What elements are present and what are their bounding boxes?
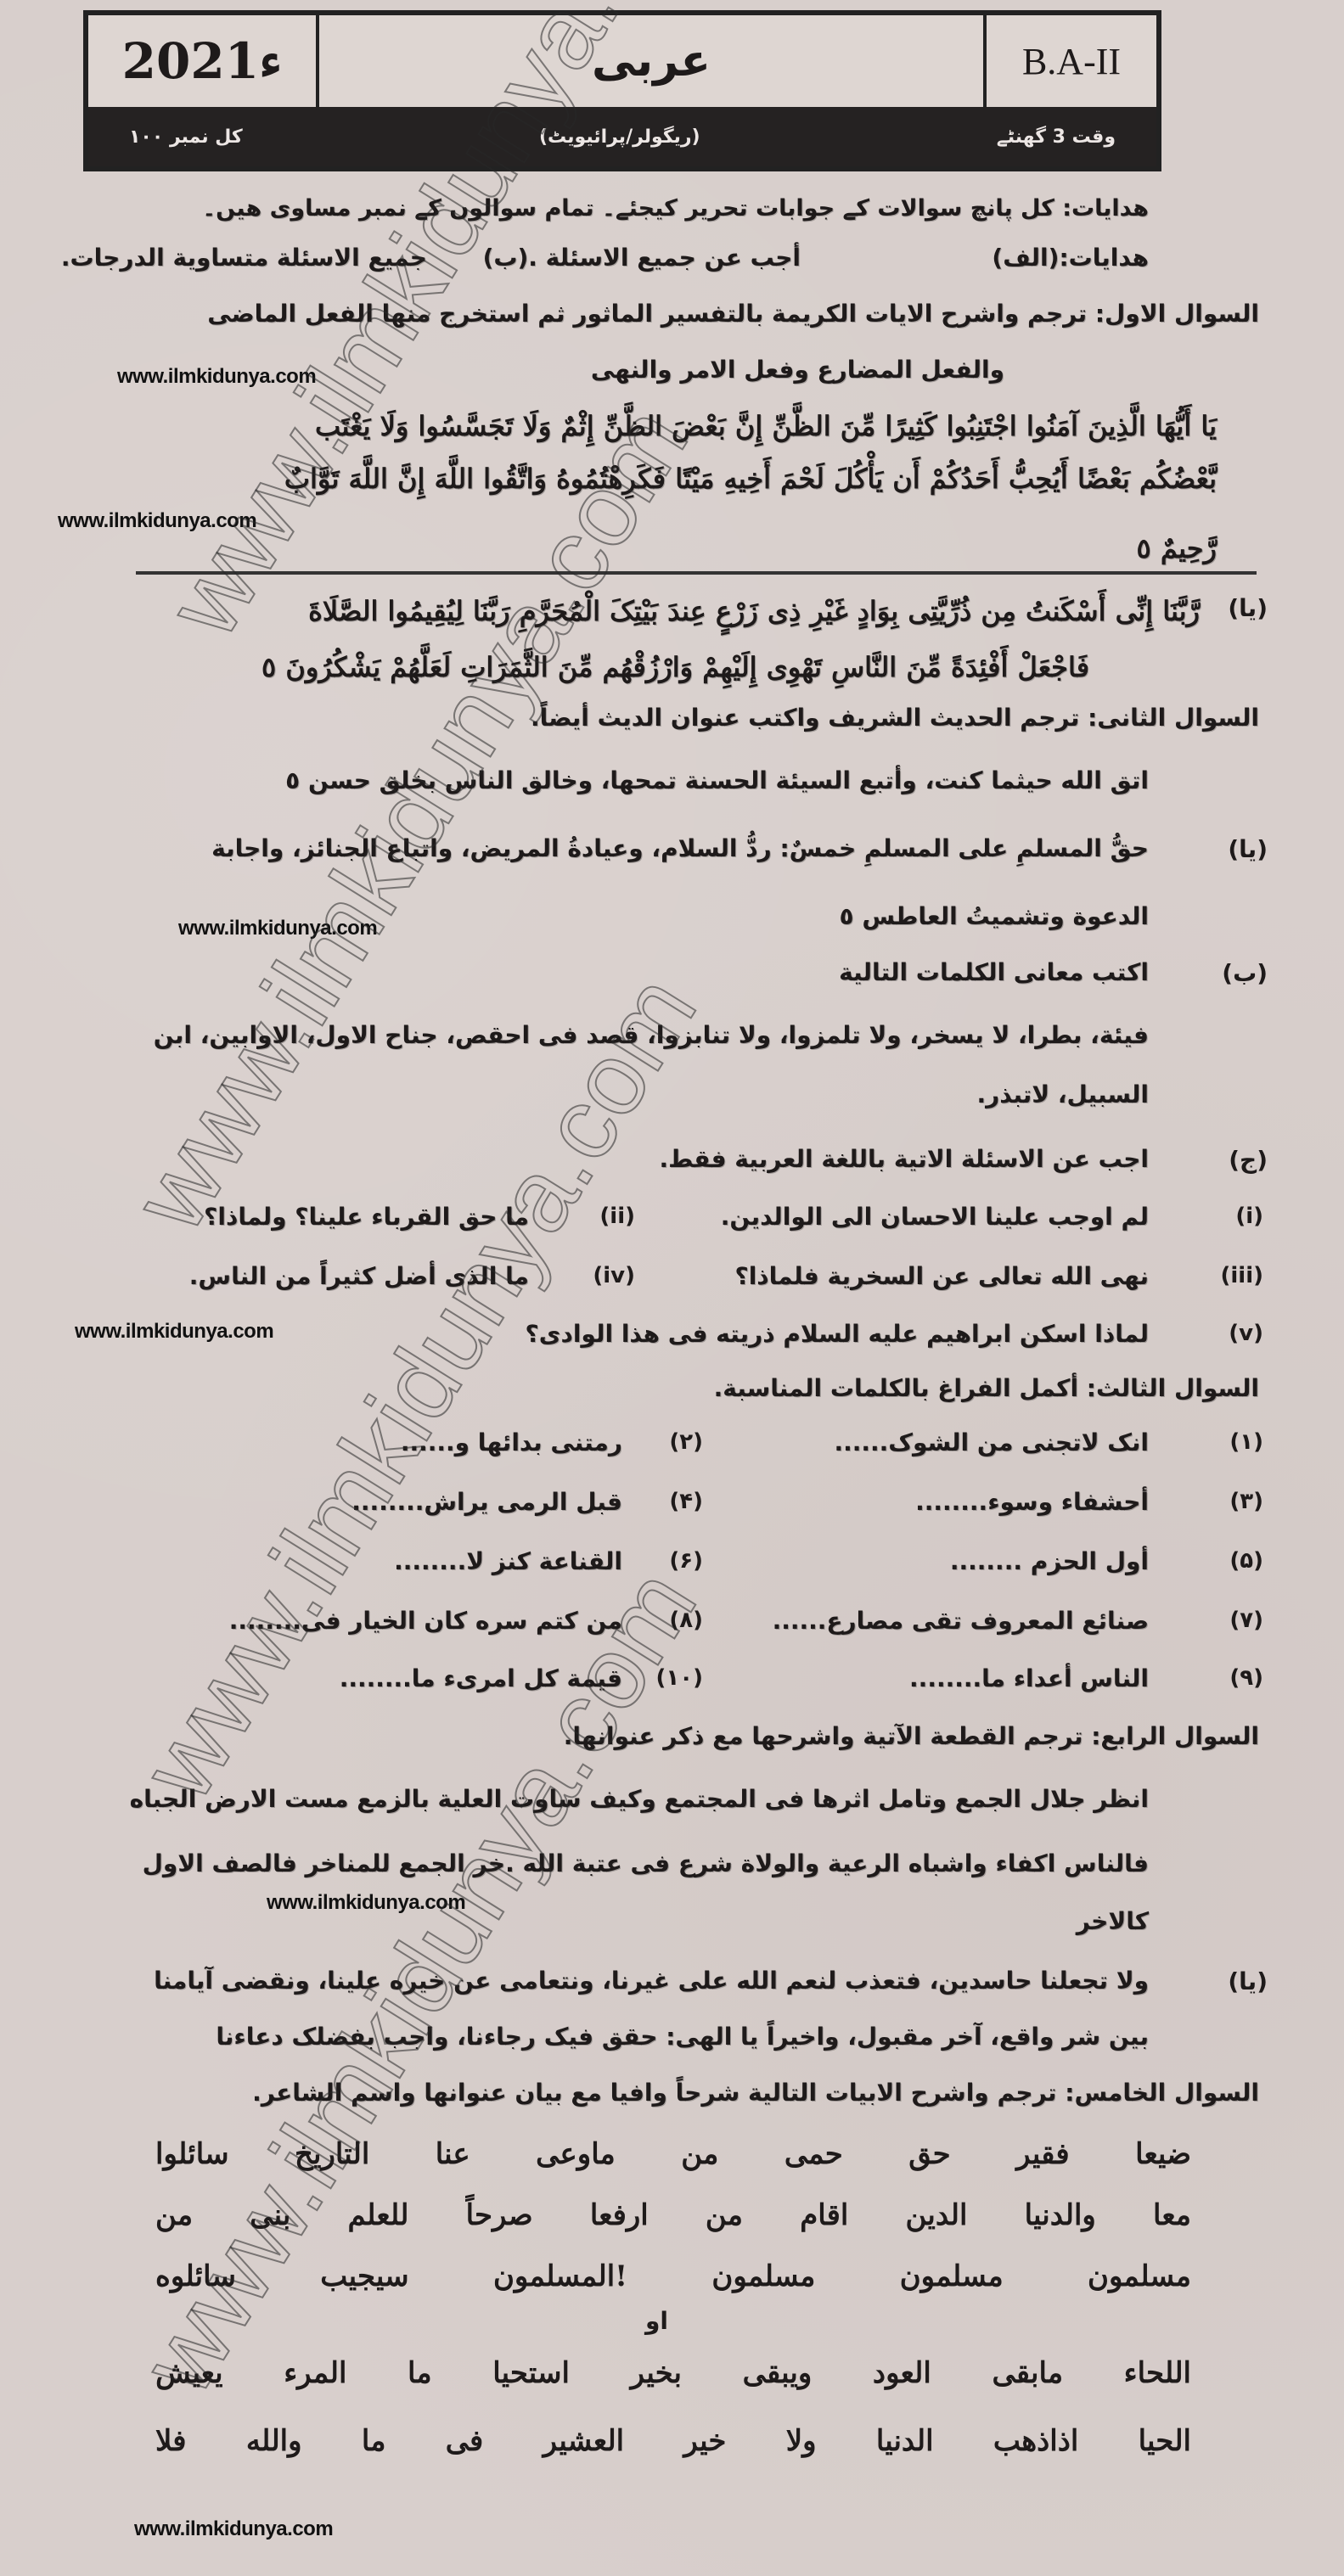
q3-item-text: رمتنی بدائھا و...... [401, 1426, 622, 1460]
q3-item-text: صنائع المعروف تقی مصارع...... [773, 1604, 1149, 1638]
q3-title: السوال الثالث: أکمل الفراغ بالکلمات المن… [714, 1372, 1259, 1406]
poem-word: استحیا [492, 2356, 570, 2390]
q2-b-words-1: فیئة، بطرا، لا یسخر، ولا تلمزوا، ولا تنا… [154, 1019, 1149, 1052]
q2-c-title: اجب عن الاسئلة الاتیة باللغة العربیة فقط… [659, 1142, 1149, 1176]
watermark-link[interactable]: www.ilmkidunya.com [267, 1891, 465, 1915]
q3-item-num: (۳) [1229, 1489, 1263, 1514]
q3-item-num: (۱) [1229, 1429, 1263, 1455]
poem-word: خیر [683, 2424, 726, 2458]
poem-word: !المسلمون [493, 2259, 627, 2293]
poem-word: ضیعا [1135, 2137, 1191, 2171]
exam-class: B.A-II [987, 15, 1156, 107]
poem-word: فلا [155, 2424, 187, 2458]
q4-title: السوال الرابع: ترجم القطعة الآتیة واشرحھ… [564, 1720, 1259, 1754]
poem-word: من [155, 2198, 193, 2232]
q4-alt-line-2: بین شر واقع، آخر مقبول، واخیراً یا الھی:… [216, 2020, 1149, 2054]
q4-alt-line-1: ولا تجعلنا حاسدین، فتعذب لنعم الله علی غ… [154, 1964, 1149, 1998]
poem-word: حق [908, 2137, 950, 2171]
poem-word: من [681, 2137, 718, 2171]
poem-1-line-3: سائلوه سیجیب !المسلمون مسلمون مسلمون مسل… [155, 2259, 1191, 2293]
exam-info-bar: کل نمبر ۱۰۰ (ریگولر/پرائیویٹ) وقت 3 گھنٹ… [88, 107, 1156, 166]
c-item-text: ما حق القرباء علینا؟ ولماذا؟ [204, 1200, 529, 1234]
q3-item-num: (۸) [669, 1608, 703, 1633]
poem-word: العشیر [543, 2424, 625, 2458]
q4-para-line-3: کالاخر [1077, 1905, 1149, 1939]
q3-item-num: (۴) [669, 1489, 703, 1514]
poem-word: مسلمون [1088, 2259, 1191, 2293]
q2-alt-line-1: حقُّ المسلمِ علی المسلمِ خمسٌ: ردُّ السل… [211, 832, 1149, 866]
poem-word: صرحاً [466, 2198, 533, 2232]
instructions-arabic-b: جمیع الاسئلة متساویة الدرجات. [61, 241, 427, 275]
or-label: او [645, 2307, 668, 2335]
poem-word: اللحاء [1124, 2356, 1191, 2390]
poem-word: الدین [905, 2198, 967, 2232]
poem-word: سیجیب [320, 2259, 408, 2293]
q4-alt-label: (یا) [1228, 1967, 1268, 1995]
poem-word: والله [246, 2424, 302, 2458]
poem-word: ما [408, 2356, 432, 2390]
q2-b-words-2: السبیل، لاتبذر. [976, 1078, 1149, 1112]
q1-alt-line-2: فَاجْعَلْ أَفْئِدَةً مِّنَ النَّاسِ تَھْ… [261, 647, 1089, 687]
poem-word: المرء [284, 2356, 346, 2390]
poem-1-line-2: من بنی للعلم صرحاً ارفعا من اقام الدین و… [155, 2198, 1191, 2232]
poem-word: یعیش [155, 2356, 222, 2390]
total-marks: کل نمبر ۱۰۰ [129, 126, 243, 148]
poem-word: مسلمون [900, 2259, 1004, 2293]
q3-item-num: (۷) [1229, 1608, 1263, 1633]
poem-word: بنی [250, 2198, 290, 2232]
c-item-num: (iii) [1220, 1263, 1263, 1288]
poem-2-line-2: فلا والله ما فی العشیر خیر ولا الدنیا اذ… [155, 2424, 1191, 2458]
q3-item-text: أول الحزم ........ [950, 1545, 1149, 1579]
poem-word: بخیر [631, 2356, 682, 2390]
poem-word: من [706, 2198, 743, 2232]
q4-para-line-2: فالناس اکفاء واشباه الرعیة والولاة شرع ف… [143, 1847, 1149, 1881]
q3-item-num: (۲) [669, 1429, 703, 1455]
poem-word: حمی [784, 2137, 843, 2171]
q5-title: السوال الخامس: ترجم واشرح الابیات التالی… [252, 2076, 1259, 2110]
poem-word: للعلم [348, 2198, 409, 2232]
instructions-urdu: ھدایات: کل پانچ سوالات کے جوابات تحریر ک… [202, 192, 1149, 226]
q1-alt-line-1: رَّبَّنَا إِنِّی أَسْکَنتُ مِن ذُرِّیَّت… [308, 591, 1200, 631]
q3-item-text: الناس أعداء ما........ [909, 1662, 1149, 1696]
q3-item-text: انک لاتجنی من الشوک...... [834, 1426, 1149, 1460]
poem-word: ارفعا [590, 2198, 649, 2232]
poem-word: مسلمون [711, 2259, 815, 2293]
q3-item-num: (۹) [1229, 1665, 1263, 1691]
poem-word: ولا [786, 2424, 817, 2458]
q1-alt-label: (یا) [1228, 594, 1268, 622]
watermark-link[interactable]: www.ilmkidunya.com [117, 365, 316, 389]
exam-mode: (ریگولر/پرائیویٹ) [539, 126, 700, 148]
q3-item-text: القناعة کنز لا........ [394, 1545, 622, 1579]
poem-word: مابقی [992, 2356, 1063, 2390]
poem-2-line-1: یعیش المرء ما استحیا بخیر ویبقی العود ما… [155, 2356, 1191, 2390]
poem-word: اقام [800, 2198, 848, 2232]
exam-header: 2021ء عربی B.A-II کل نمبر ۱۰۰ (ریگولر/پر… [83, 10, 1161, 171]
q1-verse-line-3: رَّحِیمٌ ٥ [1136, 528, 1217, 569]
c-item-num: (v) [1229, 1321, 1263, 1346]
poem-word: والدنیا [1025, 2198, 1096, 2232]
poem-word: معا [1153, 2198, 1191, 2232]
poem-word: الحیا [1139, 2424, 1191, 2458]
poem-word: فقیر [1016, 2137, 1069, 2171]
watermark-link[interactable]: www.ilmkidunya.com [134, 2517, 333, 2541]
watermark-link[interactable]: www.ilmkidunya.com [58, 509, 256, 533]
q3-item-text: من کتم سره کان الخیار فی........ [229, 1604, 622, 1638]
q1-title: السوال الاول: ترجم واشرح الایات الکریمة … [53, 297, 1259, 331]
exam-time: وقت 3 گھنٹے [997, 126, 1116, 148]
poem-word: ما [362, 2424, 386, 2458]
q3-item-text: قبل الرمی یراش........ [351, 1485, 622, 1519]
q2-b-title: اکتب معانی الکلمات التالیة [839, 956, 1149, 990]
poem-word: سائلوا [155, 2137, 229, 2171]
poem-word: ویبقی [743, 2356, 813, 2390]
q1-title-cont: والفعل المضارع وفعل الامر والنهی [591, 353, 1004, 387]
divider-line [136, 571, 1257, 575]
instructions-arabic-prefix: ھدایات:(الف) [992, 241, 1149, 275]
poem-word: ماوعی [536, 2137, 616, 2171]
c-item-text: لماذا اسکن ابراھیم علیه السلام ذریته فی … [526, 1317, 1149, 1351]
c-item-text: ما الذی أضل کثیراً من الناس. [189, 1260, 529, 1294]
poem-word: التاریخ [295, 2137, 369, 2171]
poem-1-line-1: سائلوا التاریخ عنا ماوعی من حمی حق فقیر … [155, 2137, 1191, 2171]
watermark-link[interactable]: www.ilmkidunya.com [75, 1320, 273, 1344]
q1-verse-line-2: بَّعْضُکُم بَعْضًا أَیُحِبُّ أَحَدُکُمْ … [284, 458, 1217, 499]
q2-b-label: (ب) [1222, 959, 1268, 987]
q3-item-text: قیمة کل امریء ما........ [340, 1662, 622, 1696]
q4-para-line-1: انظر جلال الجمع وتامل اثرھا فی المجتمع و… [130, 1782, 1149, 1816]
poem-word: عنا [436, 2137, 470, 2171]
exam-subject: عربی [319, 15, 987, 107]
c-item-num: (i) [1235, 1204, 1263, 1229]
c-item-text: نھی الله تعالی عن السخریة فلماذا؟ [734, 1260, 1149, 1294]
c-item-text: لم اوجب علینا الاحسان الی الوالدین. [721, 1200, 1149, 1234]
c-item-num: (iv) [593, 1263, 635, 1288]
poem-word: اذاذھب [993, 2424, 1079, 2458]
poem-word: سائلوه [155, 2259, 236, 2293]
exam-year: 2021ء [88, 15, 319, 107]
q2-c-label: (ج) [1229, 1146, 1268, 1174]
c-item-num: (ii) [599, 1204, 635, 1229]
q3-item-num: (۵) [1229, 1548, 1263, 1574]
q2-title: السوال الثانی: ترجم الحدیث الشریف واکتب … [531, 701, 1259, 735]
q3-item-text: أحشفاء وسوء........ [915, 1485, 1149, 1519]
q2-alt-line-2: الدعوة وتشمیتُ العاطس ٥ [840, 900, 1149, 934]
q3-item-num: (۱۰) [655, 1665, 703, 1691]
q3-item-num: (۶) [669, 1548, 703, 1574]
poem-word: فی [446, 2424, 484, 2458]
q1-verse-line-1: یَا أَیُّھَا الَّذِینَ آمَنُوا اجْتَنِبُ… [315, 406, 1217, 446]
watermark-link[interactable]: www.ilmkidunya.com [178, 917, 377, 940]
instructions-arabic-a: أجب عن جمیع الاسئلة .(ب) [483, 241, 801, 275]
poem-word: العود [873, 2356, 931, 2390]
poem-word: الدنیا [876, 2424, 934, 2458]
q2-hadith: اتق الله حیثما کنت، وأتبع السیئة الحسنة … [285, 764, 1149, 798]
q2-alt-label: (یا) [1228, 835, 1268, 863]
